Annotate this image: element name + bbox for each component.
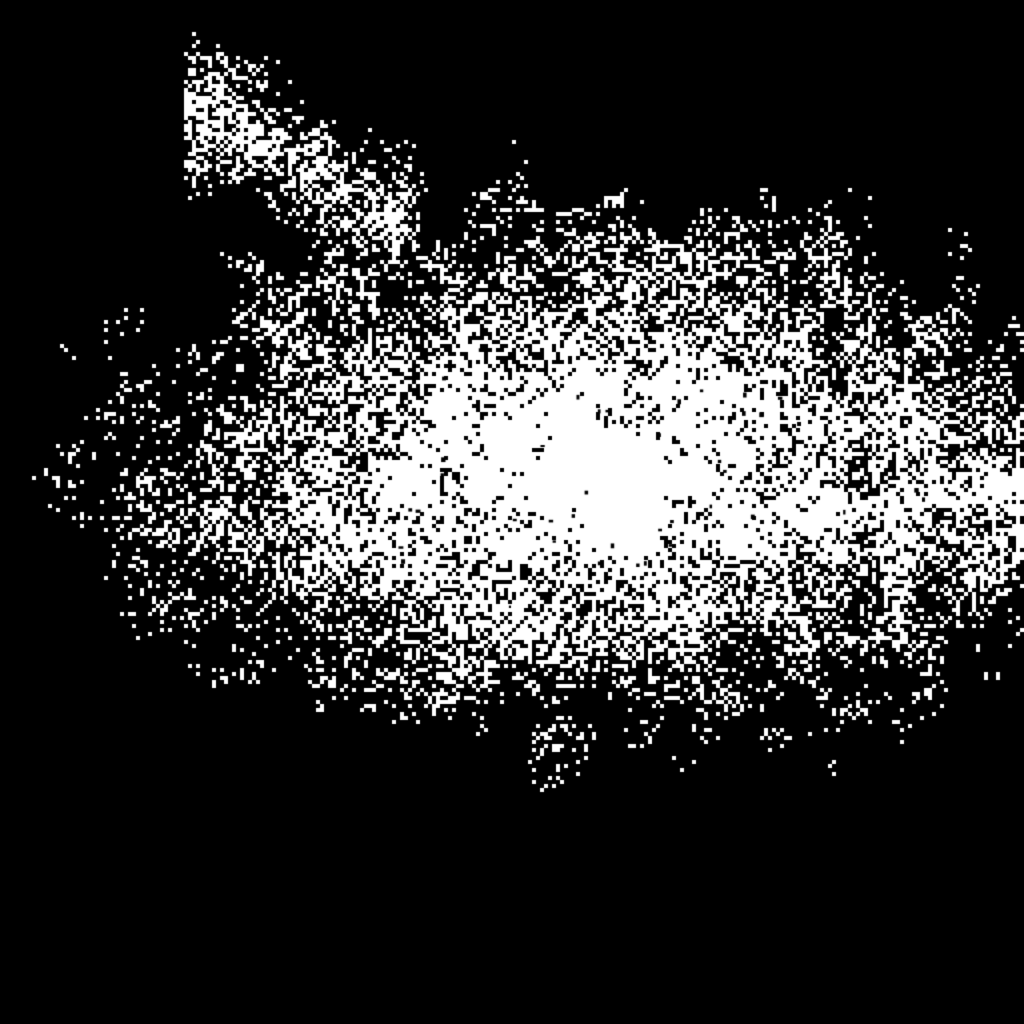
noise-texture-canvas: [0, 0, 1024, 1024]
thresholded-noise-image: [0, 0, 1024, 1024]
